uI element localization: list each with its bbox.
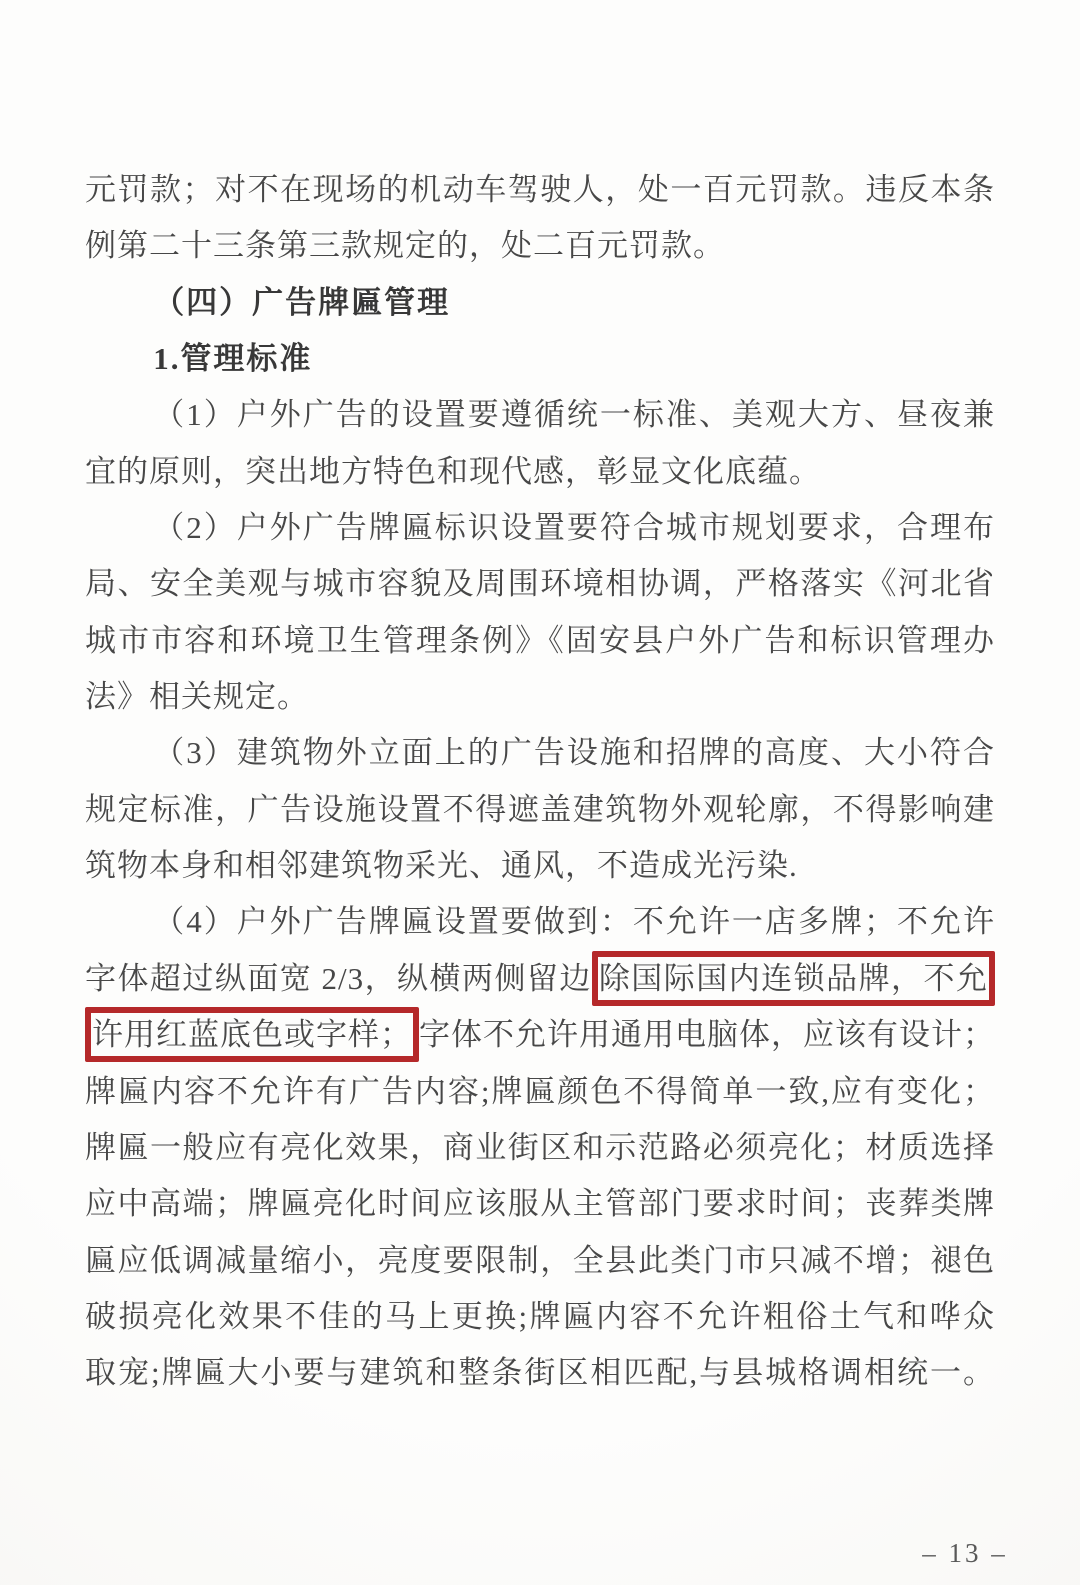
red-annotation-box: 除国际国内连锁品牌，不允 <box>592 951 995 1006</box>
text-segment: 法》相关规定。 <box>85 679 309 714</box>
text-line: （4）户外广告牌匾设置要做到：不允许一店多牌；不允许 <box>85 894 995 950</box>
text-segment: 字体超过纵面宽 2/3，纵横两侧留边 <box>85 961 592 996</box>
text-segment: 筑物本身和相邻建筑物采光、通风，不造成光污染. <box>85 848 798 883</box>
page-number: – 13 – <box>905 1538 1025 1569</box>
document-page: 元罚款；对不在现场的机动车驾驶人，处一百元罚款。违反本条例第二十三条第三款规定的… <box>0 0 1080 1585</box>
text-line: 筑物本身和相邻建筑物采光、通风，不造成光污染. <box>85 838 995 894</box>
text-line: 应中高端；牌匾亮化时间应该服从主管部门要求时间；丧葬类牌 <box>85 1176 995 1232</box>
text-segment: （1）户外广告的设置要遵循统一标准、美观大方、昼夜兼 <box>153 397 995 432</box>
text-line: 匾应低调减量缩小，亮度要限制，全县此类门市只减不增；褪色 <box>85 1233 995 1289</box>
text-segment: 宜的原则，突出地方特色和现代感，彰显文化底蕴。 <box>85 454 821 489</box>
text-segment: 1.管理标准 <box>153 341 312 376</box>
text-segment: （4）户外广告牌匾设置要做到：不允许一店多牌；不允许 <box>153 904 995 939</box>
text-segment: 取宠;牌匾大小要与建筑和整条街区相匹配,与县城格调相统一。 <box>85 1355 995 1390</box>
text-segment: 城市市容和环境卫生管理条例》《固安县户外广告和标识管理办 <box>85 623 995 658</box>
text-line: 城市市容和环境卫生管理条例》《固安县户外广告和标识管理办 <box>85 613 995 669</box>
text-segment: （2）户外广告牌匾标识设置要符合城市规划要求，合理布 <box>153 510 995 545</box>
text-segment: （四）广告牌匾管理 <box>153 285 450 320</box>
text-line: （四）广告牌匾管理 <box>85 275 995 331</box>
text-segment: （3）建筑物外立面上的广告设施和招牌的高度、大小符合 <box>153 735 995 770</box>
text-line: 取宠;牌匾大小要与建筑和整条街区相匹配,与县城格调相统一。 <box>85 1345 995 1401</box>
text-line: （3）建筑物外立面上的广告设施和招牌的高度、大小符合 <box>85 725 995 781</box>
text-segment: 例第二十三条第三款规定的，处二百元罚款。 <box>85 228 725 263</box>
text-line: 许用红蓝底色或字样；字体不允许用通用电脑体，应该有设计； <box>85 1007 995 1063</box>
text-segment: 局、安全美观与城市容貌及周围环境相协调，严格落实《河北省 <box>85 566 995 601</box>
text-line: 1.管理标准 <box>85 331 995 387</box>
text-line: 牌匾内容不允许有广告内容;牌匾颜色不得简单一致,应有变化； <box>85 1064 995 1120</box>
text-line: 法》相关规定。 <box>85 669 995 725</box>
text-segment: 字体不允许用通用电脑体，应该有设计； <box>419 1017 995 1052</box>
document-body: 元罚款；对不在现场的机动车驾驶人，处一百元罚款。违反本条例第二十三条第三款规定的… <box>85 162 995 1402</box>
text-line: 宜的原则，突出地方特色和现代感，彰显文化底蕴。 <box>85 444 995 500</box>
text-line: （2）户外广告牌匾标识设置要符合城市规划要求，合理布 <box>85 500 995 556</box>
text-line: 局、安全美观与城市容貌及周围环境相协调，严格落实《河北省 <box>85 556 995 612</box>
text-line: 规定标准，广告设施设置不得遮盖建筑物外观轮廓，不得影响建 <box>85 782 995 838</box>
text-segment: 应中高端；牌匾亮化时间应该服从主管部门要求时间；丧葬类牌 <box>85 1186 995 1221</box>
text-line: 破损亮化效果不佳的马上更换;牌匾内容不允许粗俗土气和哗众 <box>85 1289 995 1345</box>
text-segment: 牌匾一般应有亮化效果，商业街区和示范路必须亮化；材质选择 <box>85 1130 995 1165</box>
text-segment: 规定标准，广告设施设置不得遮盖建筑物外观轮廓，不得影响建 <box>85 792 995 827</box>
text-line: （1）户外广告的设置要遵循统一标准、美观大方、昼夜兼 <box>85 387 995 443</box>
text-segment: 牌匾内容不允许有广告内容;牌匾颜色不得简单一致,应有变化； <box>85 1074 995 1109</box>
text-segment: 匾应低调减量缩小，亮度要限制，全县此类门市只减不增；褪色 <box>85 1243 995 1278</box>
text-line: 例第二十三条第三款规定的，处二百元罚款。 <box>85 218 995 274</box>
text-segment: 元罚款；对不在现场的机动车驾驶人，处一百元罚款。违反本条 <box>85 172 995 207</box>
text-line: 元罚款；对不在现场的机动车驾驶人，处一百元罚款。违反本条 <box>85 162 995 218</box>
text-line: 牌匾一般应有亮化效果，商业街区和示范路必须亮化；材质选择 <box>85 1120 995 1176</box>
text-line: 字体超过纵面宽 2/3，纵横两侧留边除国际国内连锁品牌，不允 <box>85 951 995 1007</box>
red-annotation-box: 许用红蓝底色或字样； <box>85 1007 419 1062</box>
text-segment: 破损亮化效果不佳的马上更换;牌匾内容不允许粗俗土气和哗众 <box>85 1299 995 1334</box>
